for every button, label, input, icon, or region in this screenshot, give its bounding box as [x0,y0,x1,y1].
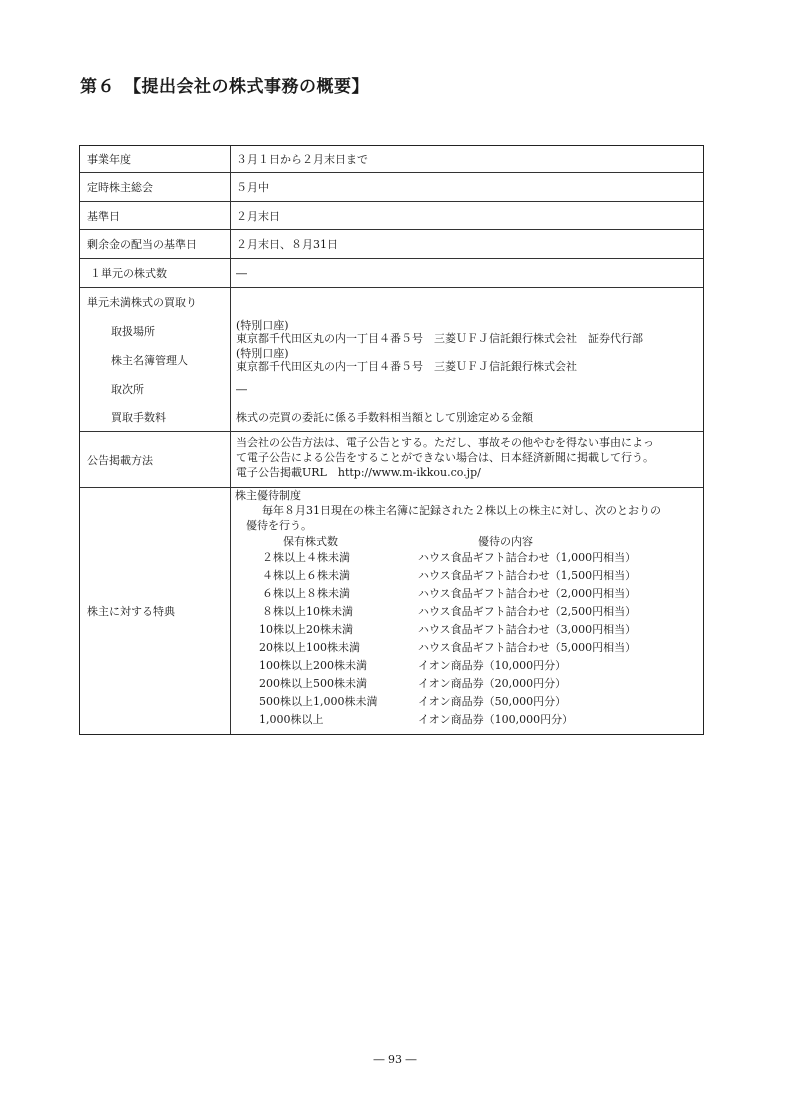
benefits-intro-2: 優待を行う。 [246,519,312,532]
tier-shares: ６株以上８株未満 [262,587,350,600]
row-label-text: １単元の株式数 [87,265,167,281]
benefits-intro-1: 毎年８月31日現在の株主名簿に記録された２株以上の株主に対し、次のとおりの [262,504,661,517]
table-row: 事業年度 ３月１日から２月末日まで [80,146,703,173]
registrar-line-1: (特別口座) [236,347,289,360]
location-line-2: 東京都千代田区丸の内一丁目４番５号 三菱ＵＦＪ信託銀行株式会社 証券代行部 [236,332,643,345]
page-number: ― 93 ― [0,1053,790,1066]
row-value: ２月末日 [231,202,703,229]
tier-content: イオン商品券（10,000円分） [418,659,566,672]
agent-value: ― [236,383,247,396]
sub-label-agent: 取次所 [111,383,144,396]
tier-shares: ２株以上４株未満 [262,551,350,564]
row-label: 事業年度 [80,146,231,172]
table-row-odd-lot: 単元未満株式の買取り 取扱場所 株主名簿管理人 取次所 買取手数料 (特別口座)… [80,288,703,432]
tier-content: イオン商品券（20,000円分） [418,677,566,690]
sub-label-registrar: 株主名簿管理人 [111,354,188,367]
table-row-public-notice: 公告掲載方法 当会社の公告方法は、電子公告とする。ただし、事故その他やむを得ない… [80,432,703,488]
row-value: 株主優待制度 毎年８月31日現在の株主名簿に記録された２株以上の株主に対し、次の… [231,488,703,734]
tier-shares: 20株以上100株未満 [259,641,360,654]
table-row: １単元の株式数 ― [80,259,703,288]
tier-shares: ４株以上６株未満 [262,569,350,582]
stock-affairs-table: 事業年度 ３月１日から２月末日まで 定時株主総会 ５月中 基準日 ２月末日 剰余… [79,145,704,735]
tier-shares: 200株以上500株未満 [259,677,367,690]
sub-label-location: 取扱場所 [111,325,155,338]
row-value: ２月末日、８月31日 [231,230,703,258]
location-line-1: (特別口座) [236,319,289,332]
row-label: 単元未満株式の買取り 取扱場所 株主名簿管理人 取次所 買取手数料 [80,288,231,431]
registrar-line-2: 東京都千代田区丸の内一丁目４番５号 三菱ＵＦＪ信託銀行株式会社 [236,360,577,373]
table-row: 基準日 ２月末日 [80,202,703,230]
notice-line-1: 当会社の公告方法は、電子公告とする。ただし、事故その他やむを得ない事由によっ [236,436,654,449]
fee-value: 株式の売買の委託に係る手数料相当額として別途定める金額 [236,411,533,424]
row-label: 公告掲載方法 [80,432,231,487]
tier-content: イオン商品券（100,000円分） [418,713,573,726]
row-value: (特別口座) 東京都千代田区丸の内一丁目４番５号 三菱ＵＦＪ信託銀行株式会社 証… [231,288,703,431]
notice-url-line: 電子公告掲載URL http://www.m-ikkou.co.jp/ [236,466,481,479]
sub-label-fee: 買取手数料 [111,411,166,424]
benefits-heading: 株主優待制度 [235,489,301,502]
tier-content: ハウス食品ギフト詰合わせ（3,000円相当） [418,623,636,636]
col-header-content: 優待の内容 [478,535,533,548]
row-label: 株主に対する特典 [80,488,231,734]
tier-content: ハウス食品ギフト詰合わせ（1,000円相当） [418,551,636,564]
col-header-shares: 保有株式数 [283,535,338,548]
row-value: ５月中 [231,173,703,201]
row-value: ― [231,259,703,287]
section-title: 第６ 【提出会社の株式事務の概要】 [80,72,369,97]
row-label: 剰余金の配当の基準日 [80,230,231,258]
tier-content: ハウス食品ギフト詰合わせ（2,000円相当） [418,587,636,600]
tier-content: ハウス食品ギフト詰合わせ（2,500円相当） [418,605,636,618]
table-row: 剰余金の配当の基準日 ２月末日、８月31日 [80,230,703,259]
odd-lot-label: 単元未満株式の買取り [87,296,197,309]
row-label: 定時株主総会 [80,173,231,201]
table-row: 定時株主総会 ５月中 [80,173,703,202]
tier-content: イオン商品券（50,000円分） [418,695,566,708]
row-value: 当会社の公告方法は、電子公告とする。ただし、事故その他やむを得ない事由によっ て… [231,432,703,487]
tier-shares: 10株以上20株未満 [259,623,353,636]
row-label: １単元の株式数 [80,259,231,287]
tier-shares: 500株以上1,000株未満 [259,695,378,708]
tier-content: ハウス食品ギフト詰合わせ（1,500円相当） [418,569,636,582]
row-label: 基準日 [80,202,231,229]
table-row-benefits: 株主に対する特典 株主優待制度 毎年８月31日現在の株主名簿に記録された２株以上… [80,488,703,734]
notice-line-2: て電子公告による公告をすることができない場合は、日本経済新聞に掲載して行う。 [236,451,654,464]
tier-shares: 1,000株以上 [259,713,324,726]
tier-shares: 100株以上200株未満 [259,659,367,672]
tier-shares: ８株以上10株未満 [262,605,353,618]
row-value: ３月１日から２月末日まで [231,146,703,172]
tier-content: ハウス食品ギフト詰合わせ（5,000円相当） [418,641,636,654]
